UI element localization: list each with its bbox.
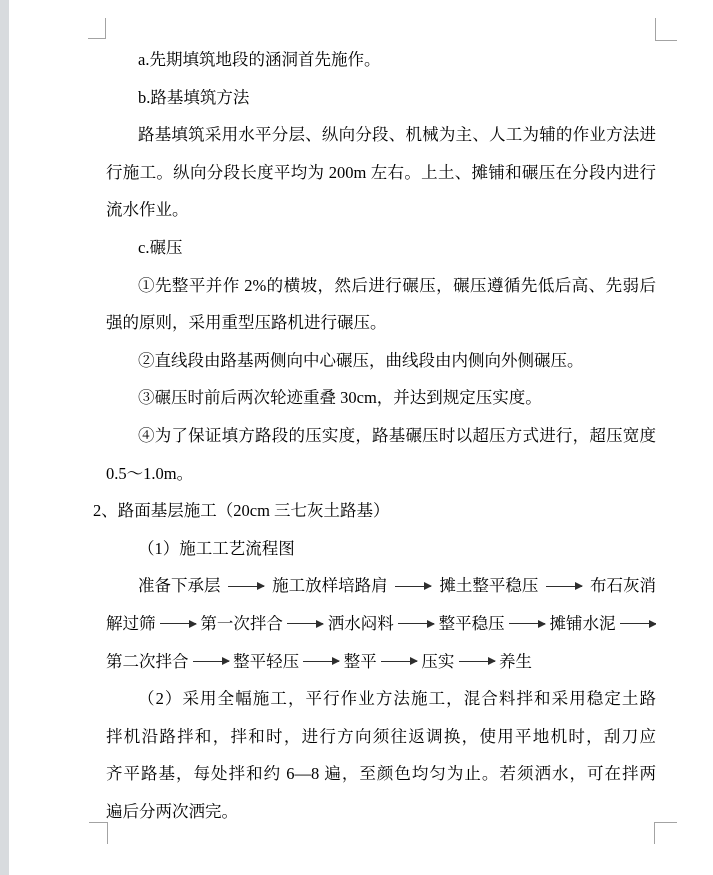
flow-arrow-icon [160,623,196,624]
flow-step: 第二次拌合 [106,643,189,681]
text-line: 拌机沿路拌和，拌和时，进行方向须往返调换，使用平地机时，刮刀应 [106,718,656,756]
flow-step: 整平轻压 [233,643,299,681]
page-left-edge [0,0,9,875]
flow-arrow-icon [228,586,264,587]
text-line: 流水作业。 [106,191,656,229]
flow-step: 整平 [344,643,377,681]
section-heading: 2、路面基层施工（20cm 三七灰土路基） [93,492,656,530]
flow-arrow-icon [395,586,431,587]
document-body: a.先期填筑地段的涵洞首先施作。 b.路基填筑方法 路基填筑采用水平分层、纵向分… [106,41,656,830]
crop-mark-bottom-right [654,822,677,844]
flow-step: 整平稳压 [439,605,505,643]
text-line: 遍后分两次洒完。 [106,793,656,831]
flow-arrow-icon [546,586,582,587]
text-line: 齐平路基，每处拌和约 6—8 遍，至颜色均匀为止。若须洒水，可在拌两 [106,755,656,793]
flow-arrow-icon [381,661,417,662]
text-line: ①先整平并作 2%的横坡，然后进行碾压，碾压遵循先低后高、先弱后 [106,267,656,305]
flow-step: 压实 [421,643,454,681]
text-line: a.先期填筑地段的涵洞首先施作。 [106,41,656,79]
flow-step: 第一次拌合 [200,605,283,643]
flow-step: 摊铺水泥 [550,605,616,643]
flowchart-row: 第二次拌合 整平轻压 整平 压实 养生 [106,643,532,681]
text-line: ④为了保证填方路段的压实度，路基碾压时以超压方式进行，超压宽度 [106,417,656,455]
flow-step: 洒水闷料 [328,605,394,643]
flow-arrow-icon [459,661,495,662]
flow-arrow-icon [509,623,545,624]
crop-mark-top-left [88,18,106,39]
text-line: 路基填筑采用水平分层、纵向分段、机械为主、人工为辅的作业方法进 [106,116,656,154]
flow-arrow-icon [193,661,229,662]
flow-arrow-icon [398,623,434,624]
flow-step: 准备下承层 [138,567,221,605]
text-line: c.碾压 [106,229,656,267]
text-line: （2）采用全幅施工，平行作业方法施工，混合料拌和采用稳定土路 [106,680,656,718]
text-line: ③碾压时前后两次轮迹重叠 30cm，并达到规定压实度。 [106,379,656,417]
flow-step: 养生 [499,643,532,681]
text-line: ②直线段由路基两侧向中心碾压，曲线段由内侧向外侧碾压。 [106,342,656,380]
text-line: 强的原则，采用重型压路机进行碾压。 [106,304,656,342]
flow-arrow-icon [287,623,323,624]
text-line: 0.5～1.0m。 [106,455,656,493]
flow-arrow-icon [303,661,339,662]
flow-arrow-icon [620,623,656,624]
crop-mark-top-right [655,18,677,41]
flow-step: 布石灰消 [590,567,656,605]
text-line: b.路基填筑方法 [106,79,656,117]
flow-step: 施工放样培路肩 [272,567,388,605]
text-line: 行施工。纵向分段长度平均为 200m 左右。上土、摊铺和碾压在分段内进行 [106,154,656,192]
flow-step: 解过筛 [106,605,156,643]
flowchart-row: 解过筛 第一次拌合 洒水闷料 整平稳压 摊铺水泥 [106,605,656,643]
document-page: a.先期填筑地段的涵洞首先施作。 b.路基填筑方法 路基填筑采用水平分层、纵向分… [0,0,713,875]
flow-step: 摊土整平稳压 [439,567,538,605]
flowchart-row: 准备下承层 施工放样培路肩 摊土整平稳压 布石灰消 [106,567,656,605]
subsection-heading: （1）施工工艺流程图 [106,530,656,568]
